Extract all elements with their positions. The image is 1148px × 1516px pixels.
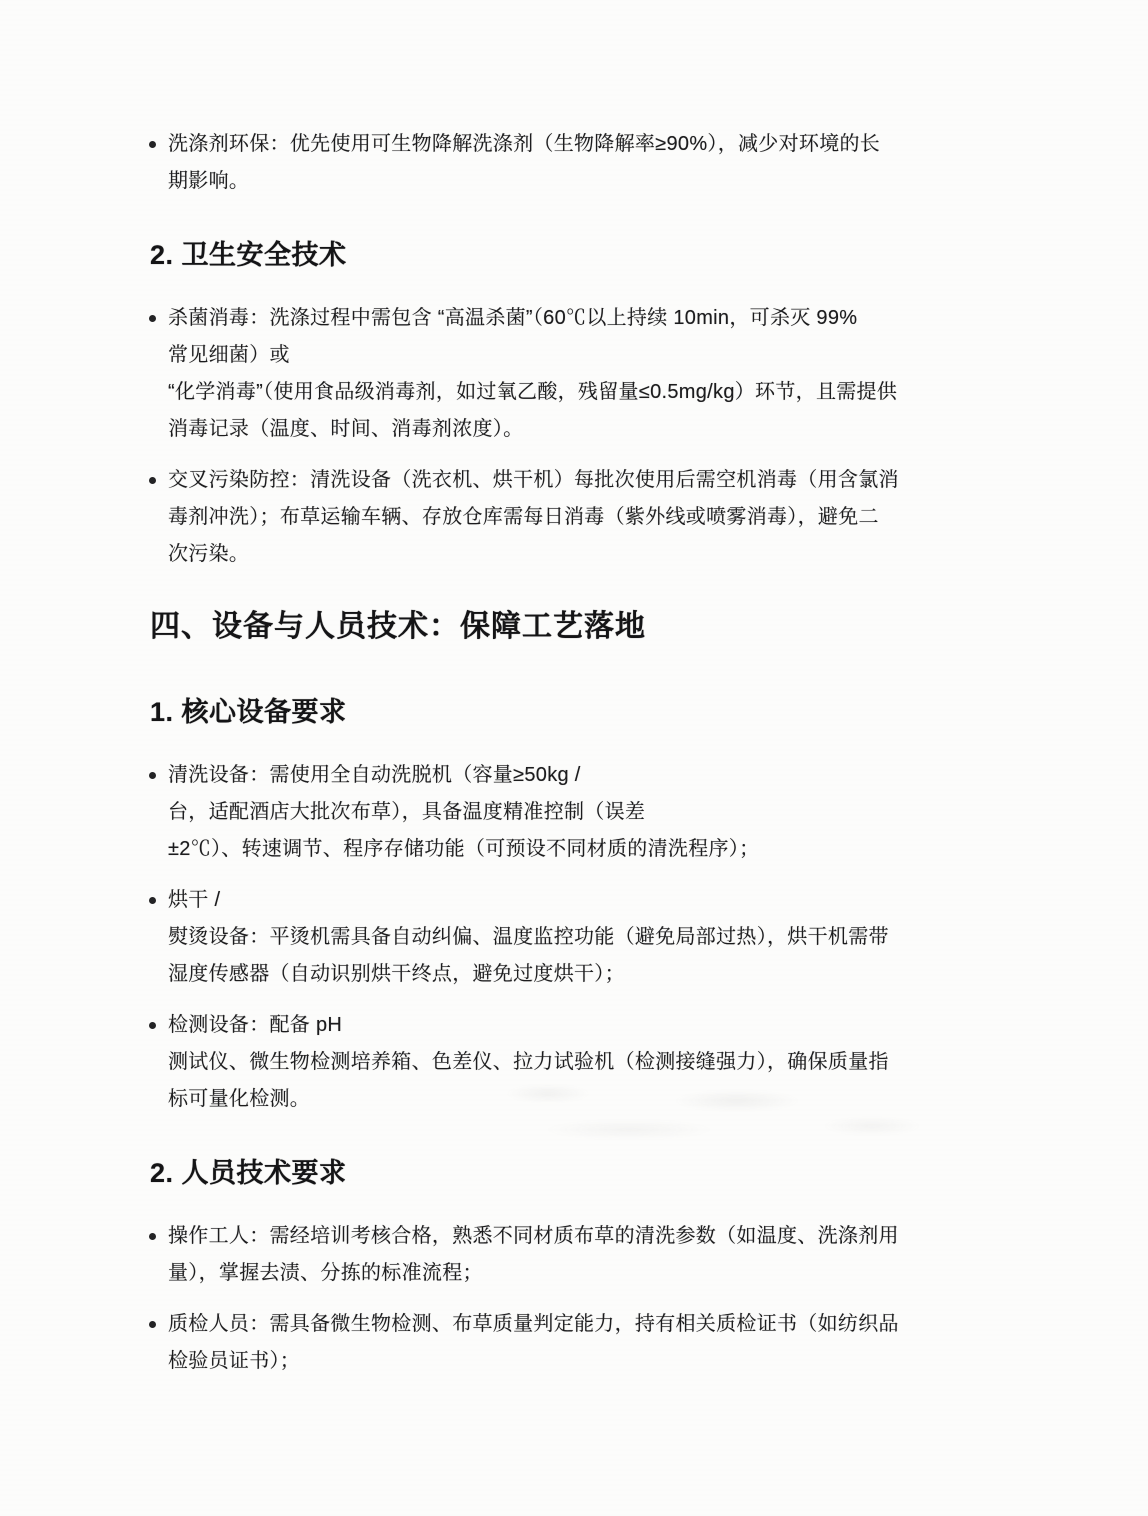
text-line: ±2℃）、转速调节、程序存储功能（可预设不同材质的清洗程序）；	[168, 831, 1108, 868]
list-item-cross-contamination: 交叉污染防控：清洗设备（洗衣机、烘干机）每批次使用后需空机消毒（用含氯消 毒剂冲…	[146, 462, 1108, 573]
text-line: 台，适配酒店大批次布草），具备温度精准控制（误差	[168, 794, 1108, 831]
subsection-heading-hygiene-safety: 2. 卫生安全技术	[150, 238, 1108, 272]
text-line: “化学消毒”（使用食品级消毒剂，如过氧乙酸，残留量≤0.5mg/kg）环节，且需…	[168, 374, 1108, 411]
text-line: 熨烫设备：平烫机需具备自动纠偏、温度监控功能（避免局部过热），烘干机需带	[168, 919, 1108, 956]
text-line: 毒剂冲洗）；布草运输车辆、存放仓库需每日消毒（紫外线或喷雾消毒），避免二	[168, 499, 1108, 536]
text-line: 量），掌握去渍、分拣的标准流程；	[168, 1255, 1108, 1292]
list-item-detergent-eco: 洗涤剂环保：优先使用可生物降解洗涤剂（生物降解率≥90%），减少对环境的长 期影…	[146, 126, 1108, 200]
text-line: 期影响。	[168, 163, 1108, 200]
document-page: 洗涤剂环保：优先使用可生物降解洗涤剂（生物降解率≥90%），减少对环境的长 期影…	[0, 0, 1148, 1516]
text-line: 质检人员：需具备微生物检测、布草质量判定能力，持有相关质检证书（如纺织品	[168, 1306, 1108, 1343]
list-item-qc-staff: 质检人员：需具备微生物检测、布草质量判定能力，持有相关质检证书（如纺织品 检验员…	[146, 1306, 1108, 1380]
text-line: 清洗设备：需使用全自动洗脱机（容量≥50kg /	[168, 757, 1108, 794]
text-line: 交叉污染防控：清洗设备（洗衣机、烘干机）每批次使用后需空机消毒（用含氯消	[168, 462, 1108, 499]
text-line: 检测设备：配备 pH	[168, 1007, 1108, 1044]
section-heading-equipment-personnel: 四、设备与人员技术：保障工艺落地	[150, 607, 1108, 647]
list-item-testing-equipment: 检测设备：配备 pH 测试仪、微生物检测培养箱、色差仪、拉力试验机（检测接缝强力…	[146, 1007, 1108, 1118]
text-line: 烘干 /	[168, 882, 1108, 919]
text-line: 消毒记录（温度、时间、消毒剂浓度）。	[168, 411, 1108, 448]
bullet-dot-icon	[149, 897, 156, 904]
bullet-dot-icon	[149, 1233, 156, 1240]
bullet-dot-icon	[149, 141, 156, 148]
text-line: 洗涤剂环保：优先使用可生物降解洗涤剂（生物降解率≥90%），减少对环境的长	[168, 126, 1108, 163]
bullet-dot-icon	[149, 477, 156, 484]
bullet-dot-icon	[149, 1022, 156, 1029]
text-line: 测试仪、微生物检测培养箱、色差仪、拉力试验机（检测接缝强力），确保质量指	[168, 1044, 1108, 1081]
bullet-dot-icon	[149, 772, 156, 779]
text-line: 标可量化检测。	[168, 1081, 1108, 1118]
text-line: 常见细菌）或	[168, 337, 1108, 374]
list-item-operators: 操作工人：需经培训考核合格，熟悉不同材质布草的清洗参数（如温度、洗涤剂用 量），…	[146, 1218, 1108, 1292]
text-line: 检验员证书）；	[168, 1343, 1108, 1380]
text-line: 操作工人：需经培训考核合格，熟悉不同材质布草的清洗参数（如温度、洗涤剂用	[168, 1218, 1108, 1255]
bullet-dot-icon	[149, 315, 156, 322]
list-item-washing-equipment: 清洗设备：需使用全自动洗脱机（容量≥50kg / 台，适配酒店大批次布草），具备…	[146, 757, 1108, 868]
bullet-dot-icon	[149, 1321, 156, 1328]
list-item-sterilization: 杀菌消毒：洗涤过程中需包含 “高温杀菌”（60℃以上持续 10min，可杀灭 9…	[146, 300, 1108, 448]
text-line: 次污染。	[168, 536, 1108, 573]
text-line: 湿度传感器（自动识别烘干终点，避免过度烘干）；	[168, 956, 1108, 993]
subsection-heading-core-equipment: 1. 核心设备要求	[150, 695, 1108, 729]
list-item-drying-ironing: 烘干 / 熨烫设备：平烫机需具备自动纠偏、温度监控功能（避免局部过热），烘干机需…	[146, 882, 1108, 993]
document-content: 洗涤剂环保：优先使用可生物降解洗涤剂（生物降解率≥90%），减少对环境的长 期影…	[0, 0, 1148, 1380]
text-line: 杀菌消毒：洗涤过程中需包含 “高温杀菌”（60℃以上持续 10min，可杀灭 9…	[168, 300, 1108, 337]
subsection-heading-personnel-requirements: 2. 人员技术要求	[150, 1156, 1108, 1190]
